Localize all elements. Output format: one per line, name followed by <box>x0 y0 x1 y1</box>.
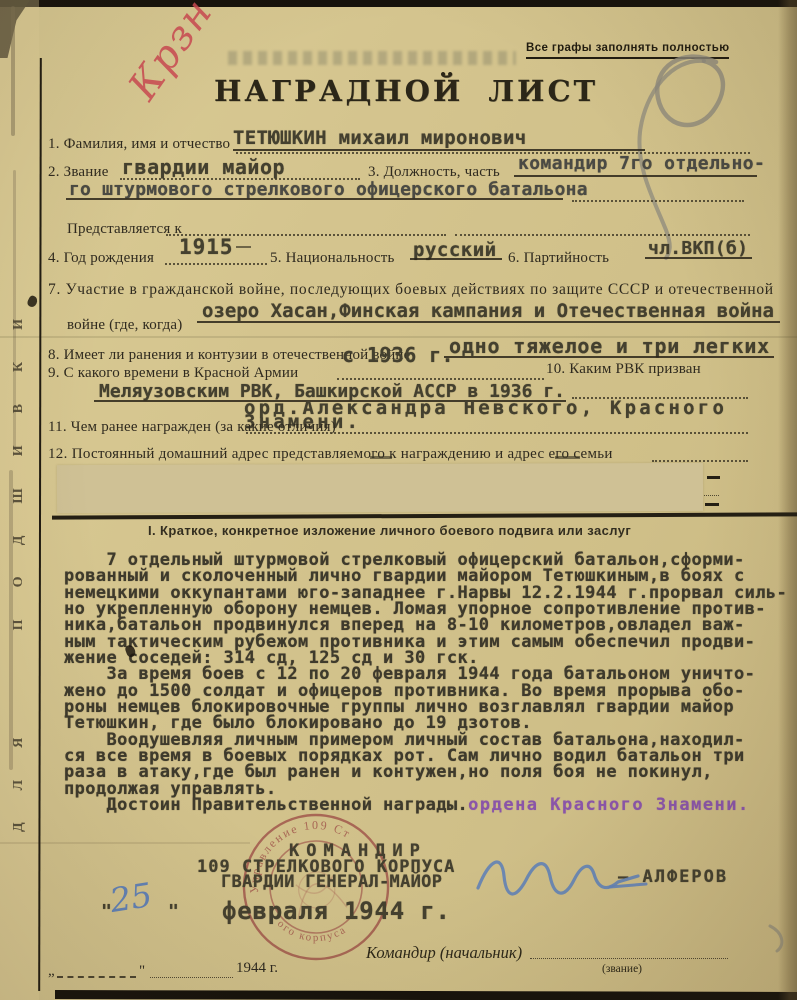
field-8-underline <box>444 356 774 358</box>
scan-top-edge <box>0 0 797 7</box>
footer-close-quote: " <box>139 963 145 980</box>
field-1-label: 1. Фамилия, имя и отчество <box>48 136 230 153</box>
field-6-label: 6. Партийность <box>508 250 609 267</box>
field-7-label-line1: 7. Участие в гражданской войне, последую… <box>48 281 774 299</box>
right-edge-shade <box>778 0 797 1000</box>
date-text: февраля 1944 г. <box>222 897 451 925</box>
field-11-leader <box>246 432 748 434</box>
field-12-leader <box>652 460 748 462</box>
field-5-label: 5. Национальность <box>270 250 395 267</box>
footer-month-leader <box>150 977 233 978</box>
field-9-value: с 1936 г. <box>342 343 454 367</box>
section-1-heading: I. Краткое, конкретное изложение личного… <box>148 523 631 538</box>
field-4-leader <box>165 263 267 265</box>
date-close-quote: " <box>168 901 179 922</box>
field-5-underline <box>410 258 502 260</box>
conclusion-typed-text: Достоин Правительственной награды. <box>64 795 468 815</box>
present-for-leader-2 <box>455 234 750 236</box>
fill-all-fields-notice: Все графы заполнять полностью <box>526 42 729 59</box>
field-2-value: гвардии майор <box>122 155 285 179</box>
section-divider-rule <box>52 512 797 519</box>
handwritten-day: 25 <box>107 875 155 920</box>
field-6-value: чл.ВКП(б) <box>648 238 748 259</box>
signature-block-line3: ГВАРДИИ ГЕНЕРАЛ-МАЙОР <box>221 872 442 892</box>
field-9-leader <box>337 378 544 380</box>
redaction-edge-dash-1 <box>707 476 720 479</box>
footer-open-quote: „ <box>48 963 55 980</box>
conclusion-purple-text: ордена Красного Знамени. <box>468 795 750 815</box>
field-1-value: ТЕТЮШКИН михаил миронович <box>233 127 526 149</box>
field-4-dash <box>236 246 251 248</box>
field-1-underline <box>233 149 645 151</box>
footer-year-text: 1944 г. <box>236 960 278 977</box>
present-for-label: Представляется к <box>67 221 182 238</box>
field-4-label: 4. Год рождения <box>48 250 154 267</box>
field-12-label: 12. Постоянный домашний адрес представля… <box>48 446 613 463</box>
redaction-block <box>57 463 703 513</box>
citation-conclusion-line: Достоин Правительственной награды.ордена… <box>64 797 787 813</box>
award-sheet-scan: ДЛЯ ПОДШИВКИ Все графы заполнять полност… <box>0 0 797 1000</box>
field-6-underline <box>645 257 752 259</box>
red-pencil-annotation: Крзн <box>120 0 222 108</box>
footer-day-line <box>57 976 136 978</box>
binding-margin-text: ДЛЯ ПОДШИВКИ <box>11 262 27 832</box>
typed-fragment-dash-1 <box>370 456 392 459</box>
typed-fragment-dash-2 <box>555 456 580 459</box>
faint-ink-offset-smudge <box>228 51 516 65</box>
commander-signature-leader <box>530 958 728 959</box>
field-10-label: 10. Каким РВК призван <box>546 361 701 378</box>
commander-signature-label: Командир (начальник) <box>366 943 522 963</box>
field-4-value: 1915 <box>179 235 234 259</box>
field-3-value-line2: го штурмового стрелкового офицерского ба… <box>69 179 588 200</box>
redaction-edge-dash-2 <box>705 503 719 506</box>
field-9-label: 9. С какого времени в Красной Армии <box>48 365 298 382</box>
signature-scrawl <box>460 840 660 915</box>
left-form-rule <box>38 58 42 991</box>
field-3-value-line1: командир 7го отдельно- <box>518 153 765 174</box>
redaction-edge-dots <box>704 495 719 496</box>
citation-body: 7 отдельный штурмовой стрелковый офицерс… <box>64 552 787 814</box>
field-7-value: озеро Хасан,Финская кампания и Отечестве… <box>202 300 774 322</box>
field-3-underline-1 <box>514 175 757 177</box>
field-7-label-line2: войне (где, когда) <box>67 317 182 334</box>
field-8-value: одно тяжелое и три легких <box>449 334 770 358</box>
field-3-leader <box>572 200 744 202</box>
rank-caption: (звание) <box>602 963 642 975</box>
scan-bottom-edge <box>55 990 797 1000</box>
field-7-underline <box>197 321 780 323</box>
page-title: НАГРАДНОЙ ЛИСТ <box>214 74 598 108</box>
field-3-underline-2 <box>66 198 563 200</box>
